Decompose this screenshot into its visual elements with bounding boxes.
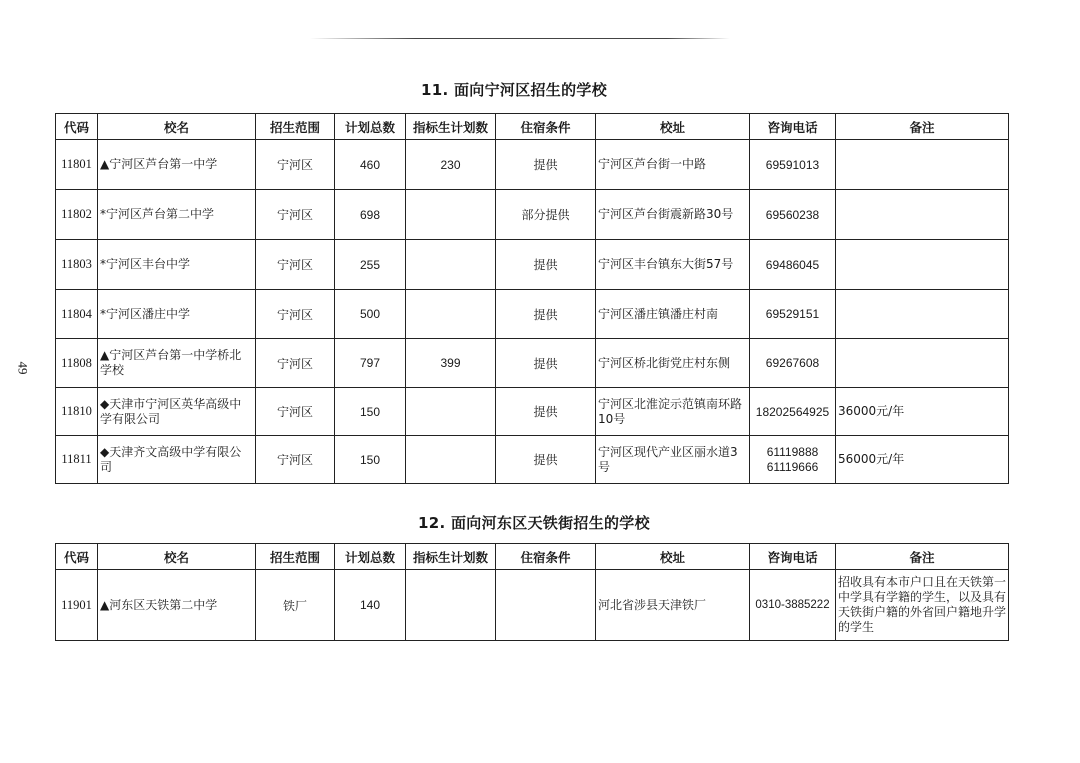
address: 宁河区芦台街震新路30号 <box>596 190 750 240</box>
school-code: 11901 <box>56 570 98 641</box>
col-header-code: 代码 <box>56 114 98 140</box>
enrollment-scope: 宁河区 <box>256 140 335 190</box>
lodging: 提供 <box>496 436 596 484</box>
enrollment-scope: 铁厂 <box>256 570 335 641</box>
lodging <box>496 570 596 641</box>
school-name: ◆天津市宁河区英华高级中学有限公司 <box>98 388 256 436</box>
col-header-lodging: 住宿条件 <box>496 114 596 140</box>
note <box>836 290 1009 339</box>
enrollment-scope: 宁河区 <box>256 240 335 290</box>
enrollment-scope: 宁河区 <box>256 290 335 339</box>
col-header-name: 校名 <box>98 114 256 140</box>
quota-plan: 230 <box>406 140 496 190</box>
col-header-phone: 咨询电话 <box>750 114 836 140</box>
table-header-row: 代码 校名 招生范围 计划总数 指标生计划数 住宿条件 校址 咨询电话 备注 <box>56 544 1009 570</box>
table-row: 11811 ◆天津齐文高级中学有限公司 宁河区 150 提供 宁河区现代产业区丽… <box>56 436 1009 484</box>
col-header-name: 校名 <box>98 544 256 570</box>
phone: 69267608 <box>750 339 836 388</box>
plan-total: 698 <box>335 190 406 240</box>
note <box>836 339 1009 388</box>
school-name: ▲宁河区芦台第一中学 <box>98 140 256 190</box>
quota-plan <box>406 570 496 641</box>
quota-plan <box>406 190 496 240</box>
school-code: 11802 <box>56 190 98 240</box>
phone-primary: 61119888 <box>752 445 833 460</box>
section-11-table: 代码 校名 招生范围 计划总数 指标生计划数 住宿条件 校址 咨询电话 备注 1… <box>55 113 1009 484</box>
lodging: 提供 <box>496 140 596 190</box>
school-name: *宁河区潘庄中学 <box>98 290 256 339</box>
school-code: 11808 <box>56 339 98 388</box>
plan-total: 150 <box>335 388 406 436</box>
address: 宁河区丰台镇东大街57号 <box>596 240 750 290</box>
col-header-address: 校址 <box>596 114 750 140</box>
phone: 18202564925 <box>750 388 836 436</box>
phone: 69486045 <box>750 240 836 290</box>
school-code: 11810 <box>56 388 98 436</box>
table-row: 11808 ▲宁河区芦台第一中学桥北学校 宁河区 797 399 提供 宁河区桥… <box>56 339 1009 388</box>
page-number: 49 <box>15 362 31 375</box>
col-header-note: 备注 <box>836 114 1009 140</box>
col-header-total: 计划总数 <box>335 114 406 140</box>
col-header-phone: 咨询电话 <box>750 544 836 570</box>
plan-total: 460 <box>335 140 406 190</box>
note <box>836 240 1009 290</box>
school-name: *宁河区芦台第二中学 <box>98 190 256 240</box>
lodging: 提供 <box>496 290 596 339</box>
address: 宁河区芦台街一中路 <box>596 140 750 190</box>
school-code: 11801 <box>56 140 98 190</box>
school-code: 11803 <box>56 240 98 290</box>
plan-total: 500 <box>335 290 406 339</box>
enrollment-scope: 宁河区 <box>256 436 335 484</box>
school-name: *宁河区丰台中学 <box>98 240 256 290</box>
col-header-code: 代码 <box>56 544 98 570</box>
address: 河北省涉县天津铁厂 <box>596 570 750 641</box>
quota-plan <box>406 388 496 436</box>
phone: 69529151 <box>750 290 836 339</box>
table-row: 11901 ▲河东区天铁第二中学 铁厂 140 河北省涉县天津铁厂 0310-3… <box>56 570 1009 641</box>
enrollment-scope: 宁河区 <box>256 190 335 240</box>
lodging: 提供 <box>496 339 596 388</box>
lodging: 提供 <box>496 388 596 436</box>
col-header-scope: 招生范围 <box>256 114 335 140</box>
address: 宁河区现代产业区丽水道3号 <box>596 436 750 484</box>
school-code: 11811 <box>56 436 98 484</box>
col-header-lodging: 住宿条件 <box>496 544 596 570</box>
note: 36000元/年 <box>836 388 1009 436</box>
section-12-title: 12. 面向河东区天铁街招生的学校 <box>418 512 650 533</box>
school-name: ▲河东区天铁第二中学 <box>98 570 256 641</box>
table-row: 11801 ▲宁河区芦台第一中学 宁河区 460 230 提供 宁河区芦台街一中… <box>56 140 1009 190</box>
phone: 69591013 <box>750 140 836 190</box>
col-header-scope: 招生范围 <box>256 544 335 570</box>
col-header-total: 计划总数 <box>335 544 406 570</box>
address: 宁河区北淮淀示范镇南环路10号 <box>596 388 750 436</box>
note: 招收具有本市户口且在天铁第一中学具有学籍的学生，以及具有天铁街户籍的外省回户籍地… <box>836 570 1009 641</box>
address: 宁河区桥北街党庄村东侧 <box>596 339 750 388</box>
quota-plan <box>406 240 496 290</box>
top-rule <box>310 38 730 39</box>
plan-total: 150 <box>335 436 406 484</box>
school-code: 11804 <box>56 290 98 339</box>
note <box>836 140 1009 190</box>
note: 56000元/年 <box>836 436 1009 484</box>
col-header-quota: 指标生计划数 <box>406 114 496 140</box>
school-name: ▲宁河区芦台第一中学桥北学校 <box>98 339 256 388</box>
enrollment-scope: 宁河区 <box>256 388 335 436</box>
quota-plan <box>406 290 496 339</box>
table-row: 11803 *宁河区丰台中学 宁河区 255 提供 宁河区丰台镇东大街57号 6… <box>56 240 1009 290</box>
col-header-quota: 指标生计划数 <box>406 544 496 570</box>
col-header-address: 校址 <box>596 544 750 570</box>
quota-plan: 399 <box>406 339 496 388</box>
enrollment-scope: 宁河区 <box>256 339 335 388</box>
quota-plan <box>406 436 496 484</box>
section-11-title: 11. 面向宁河区招生的学校 <box>421 79 607 100</box>
phone: 0310-3885222 <box>750 570 836 641</box>
table-row: 11804 *宁河区潘庄中学 宁河区 500 提供 宁河区潘庄镇潘庄村南 695… <box>56 290 1009 339</box>
lodging: 部分提供 <box>496 190 596 240</box>
table-row: 11802 *宁河区芦台第二中学 宁河区 698 部分提供 宁河区芦台街震新路3… <box>56 190 1009 240</box>
lodging: 提供 <box>496 240 596 290</box>
phone: 61119888 61119666 <box>750 436 836 484</box>
phone: 69560238 <box>750 190 836 240</box>
plan-total: 140 <box>335 570 406 641</box>
table-row: 11810 ◆天津市宁河区英华高级中学有限公司 宁河区 150 提供 宁河区北淮… <box>56 388 1009 436</box>
school-name: ◆天津齐文高级中学有限公司 <box>98 436 256 484</box>
note <box>836 190 1009 240</box>
plan-total: 797 <box>335 339 406 388</box>
plan-total: 255 <box>335 240 406 290</box>
address: 宁河区潘庄镇潘庄村南 <box>596 290 750 339</box>
col-header-note: 备注 <box>836 544 1009 570</box>
phone-secondary: 61119666 <box>752 460 833 475</box>
section-12-table: 代码 校名 招生范围 计划总数 指标生计划数 住宿条件 校址 咨询电话 备注 1… <box>55 543 1009 641</box>
table-header-row: 代码 校名 招生范围 计划总数 指标生计划数 住宿条件 校址 咨询电话 备注 <box>56 114 1009 140</box>
